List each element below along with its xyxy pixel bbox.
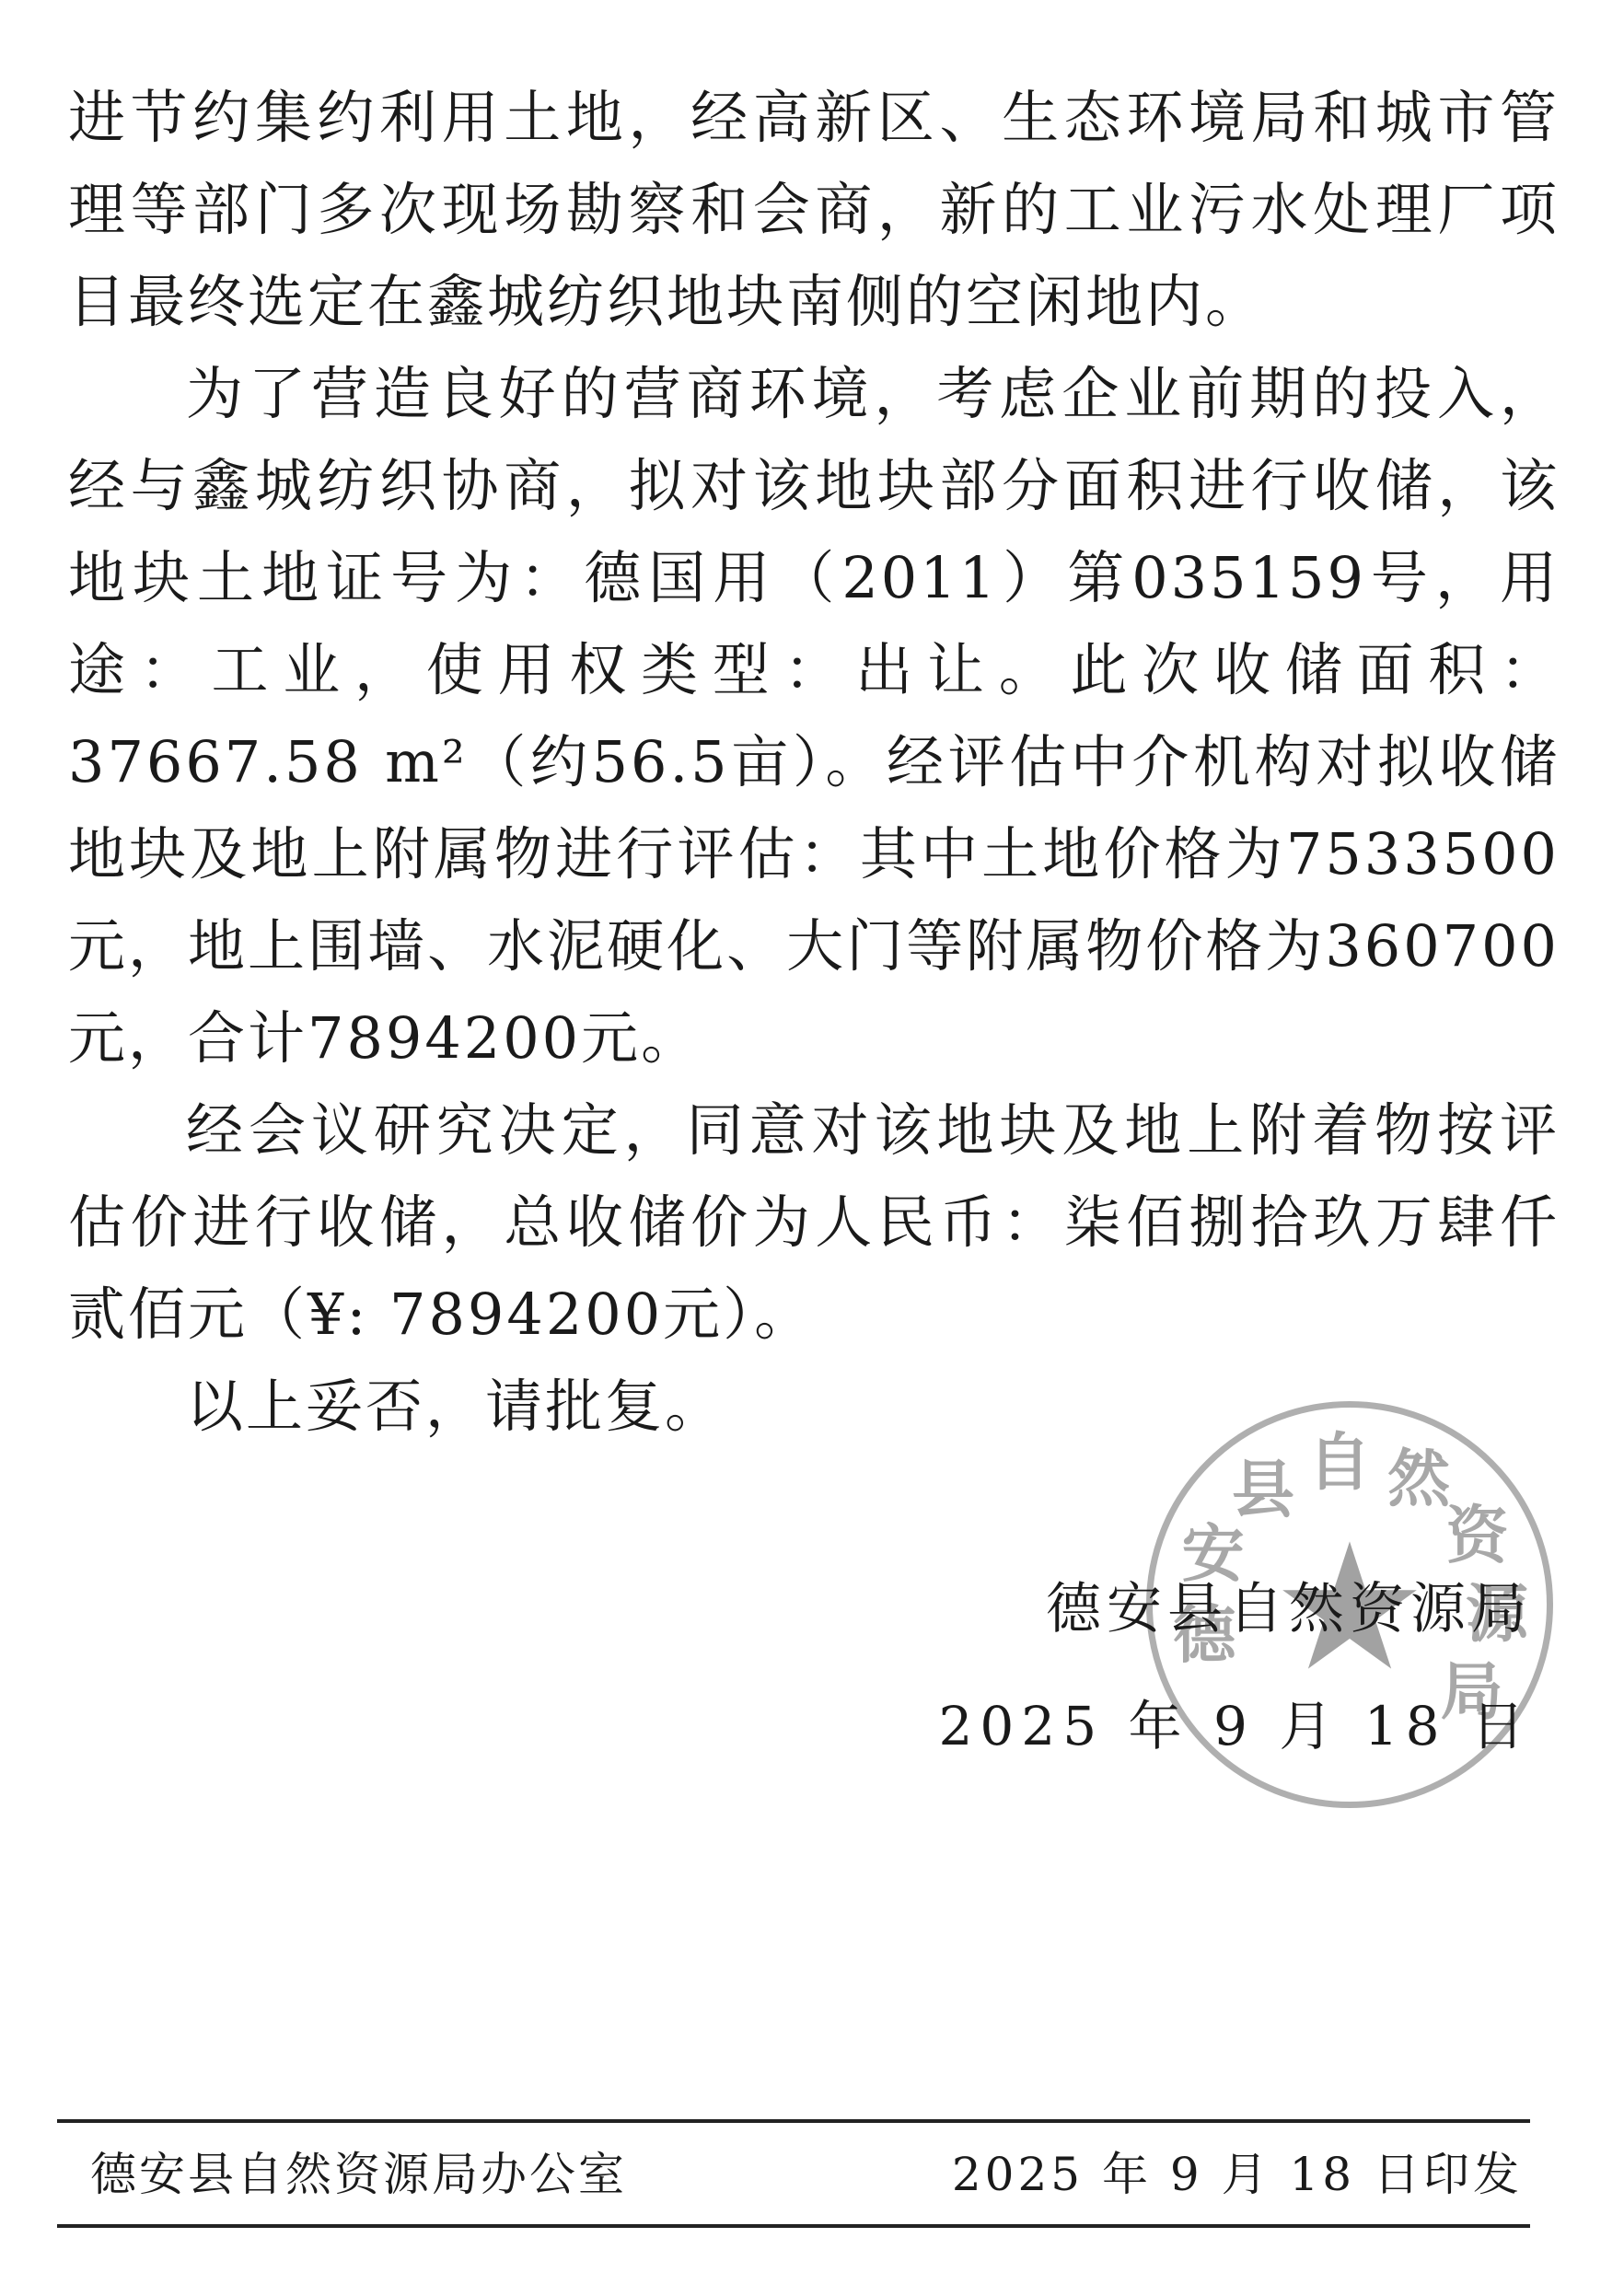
paragraph-2: 为了营造良好的营商环境，考虑企业前期的投入，经与鑫城纺织协商，拟对该地块部分面积… xyxy=(68,348,1560,1084)
issuer-signature: 德安县自然资源局 xyxy=(1046,1565,1532,1644)
paragraph-3: 经会议研究决定，同意对该地块及地上附着物按评估价进行收储，总收储价为人民币：柒佰… xyxy=(68,1084,1560,1361)
signature-date: 2025 年 9 月 18 日 xyxy=(939,1683,1533,1760)
paragraph-1: 进节约集约利用土地，经高新区、生态环境局和城市管理等部门多次现场勘察和会商，新的… xyxy=(68,72,1560,348)
footer-bottom-rule xyxy=(57,2224,1530,2228)
document-page: 进节约集约利用土地，经高新区、生态环境局和城市管理等部门多次现场勘察和会商，新的… xyxy=(0,0,1624,2284)
seal-char: 自 xyxy=(1308,1413,1371,1502)
seal-char: 县 xyxy=(1232,1441,1294,1530)
seal-char: 资 xyxy=(1446,1487,1509,1576)
seal-char: 然 xyxy=(1387,1430,1450,1519)
document-body: 进节约集约利用土地，经高新区、生态环境局和城市管理等部门多次现场勘察和会商，新的… xyxy=(68,72,1560,1453)
footer-office: 德安县自然资源局办公室 xyxy=(90,2138,627,2204)
footer-top-rule xyxy=(57,2119,1530,2123)
footer-issue-date: 2025 年 9 月 18 日印发 xyxy=(952,2138,1523,2204)
